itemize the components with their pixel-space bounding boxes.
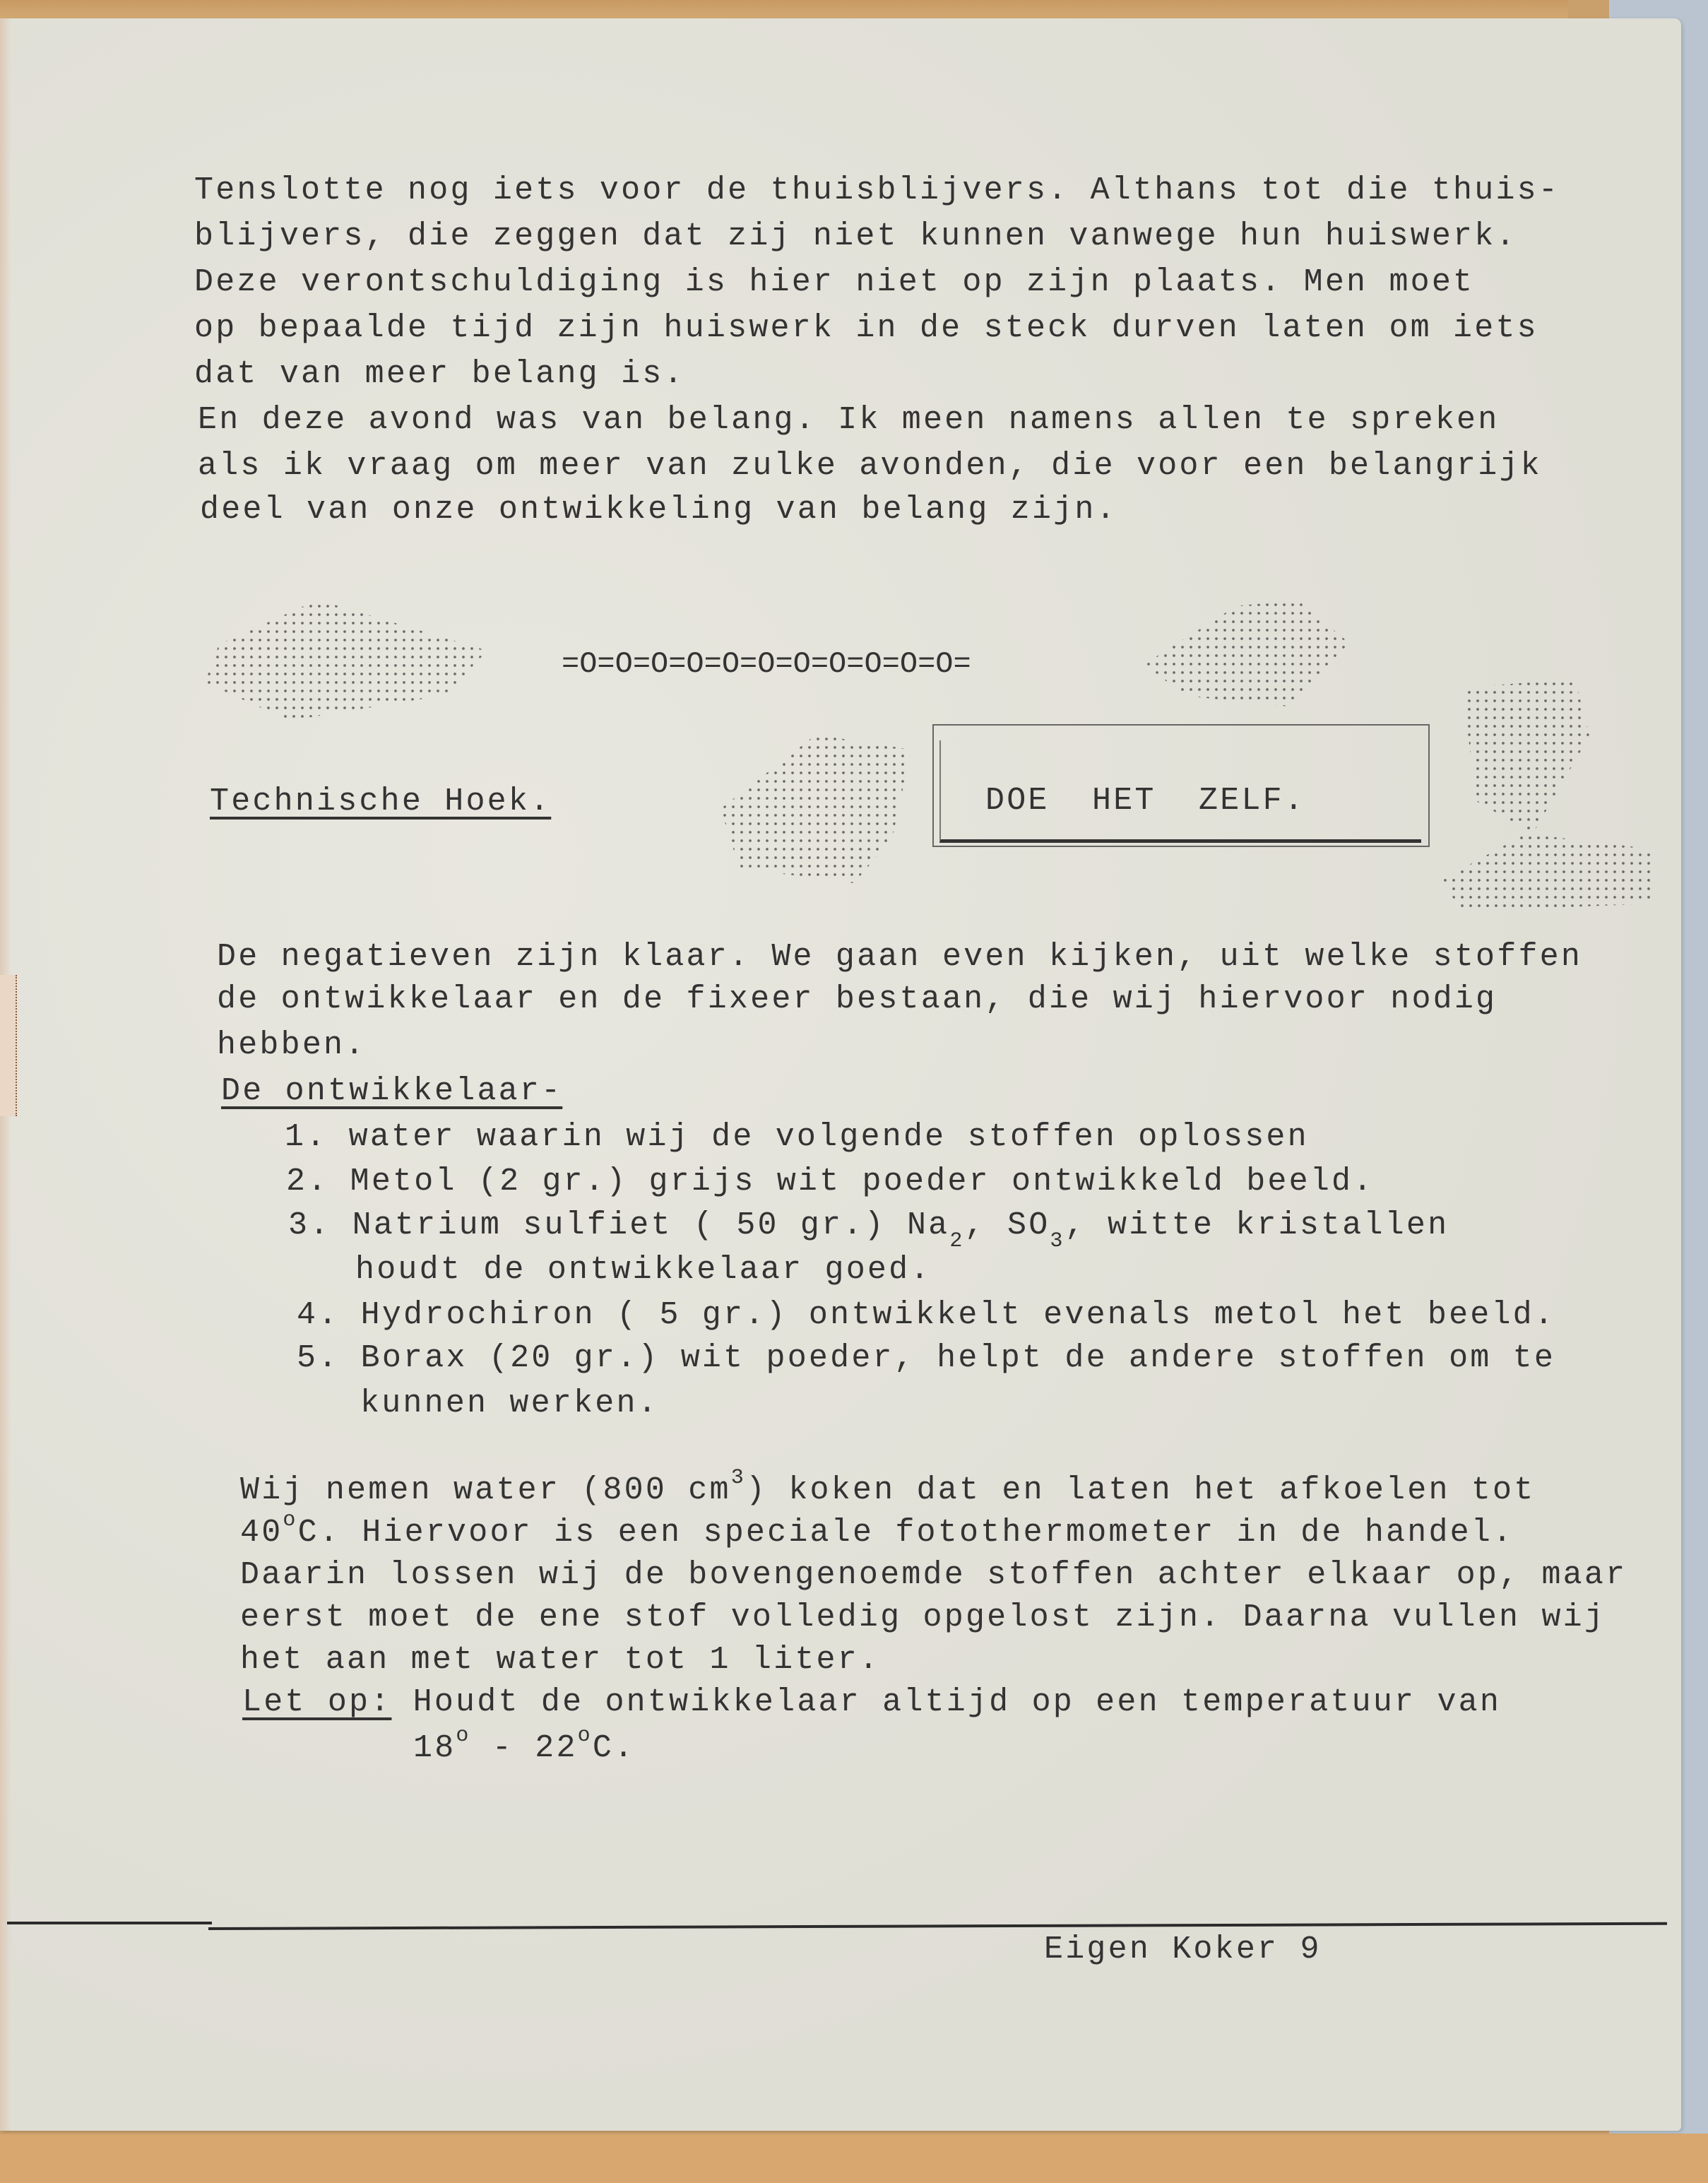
list-text: Metol (2 gr.) grijs wit poeder ontwikkel… (350, 1164, 1375, 1200)
footer-page-label: Eigen Koker 9 (1044, 1929, 1322, 1971)
instruction-line: het aan met water tot 1 liter. (240, 1639, 880, 1681)
intro-line: op bepaalde tijd zijn huiswerk in de ste… (194, 307, 1538, 350)
subscript: 3 (1050, 1229, 1064, 1253)
text-span: C. Hiervoor is een speciale fotothermome… (298, 1515, 1514, 1551)
temperature-range: 18o - 22oC. (413, 1727, 635, 1773)
list-text: Natrium sulfiet ( 50 gr.) Na (352, 1207, 950, 1243)
list-number: 1. (285, 1119, 327, 1155)
instruction-line: eerst moet de ene stof volledig opgelost… (240, 1597, 1606, 1639)
subscript: 2 (949, 1229, 964, 1253)
list-text: , witte kristallen (1065, 1207, 1449, 1243)
text-span: ) koken dat en laten het afkoelen tot (746, 1472, 1536, 1508)
list-item-continuation: kunnen werken. (360, 1383, 659, 1425)
text-span: 18 (413, 1730, 456, 1766)
footer-rule-left (7, 1922, 212, 1924)
list-item: 2. Metol (2 gr.) grijs wit poeder ontwik… (286, 1161, 1374, 1203)
list-text: Borax (20 gr.) wit poeder, helpt de ande… (361, 1340, 1555, 1376)
list-number: 3. (288, 1207, 331, 1243)
intro-line: blijvers, die zeggen dat zij niet kunnen… (194, 215, 1517, 258)
intro-line: als ik vraag om meer van zulke avonden, … (198, 445, 1542, 487)
note-text: Houdt de ontwikkelaar altijd op een temp… (391, 1684, 1501, 1720)
body-line: De negatieven zijn klaar. We gaan even k… (217, 936, 1582, 978)
instruction-line: Wij nemen water (800 cm3) koken dat en l… (240, 1469, 1535, 1515)
superscript: 3 (731, 1466, 746, 1490)
list-item: 3. Natrium sulfiet ( 50 gr.) Na2, SO3, w… (288, 1205, 1449, 1250)
list-number: 5. (297, 1340, 339, 1376)
superscript: o (456, 1724, 470, 1748)
intro-line: En deze avond was van belang. Ik meen na… (198, 399, 1499, 442)
note-line: Let op: Houdt de ontwikkelaar altijd op … (242, 1681, 1501, 1724)
list-item-continuation: houdt de ontwikkelaar goed. (355, 1249, 932, 1291)
list-item: 4. Hydrochiron ( 5 gr.) ontwikkelt evena… (297, 1294, 1555, 1337)
subheading-developer: De ontwikkelaar- (221, 1070, 562, 1113)
list-number: 2. (286, 1164, 328, 1200)
list-number: 4. (297, 1297, 339, 1333)
list-item: 1. water waarin wij de volgende stoffen … (285, 1116, 1309, 1159)
text-span: 40 (240, 1515, 283, 1551)
intro-line: Tenslotte nog iets voor de thuisblijvers… (194, 170, 1560, 212)
note-label: Let op: (242, 1684, 391, 1720)
instruction-line: 40oC. Hiervoor is een speciale fototherm… (240, 1512, 1514, 1557)
list-text: Hydrochiron ( 5 gr.) ontwikkelt evenals … (361, 1297, 1555, 1333)
list-text: water waarin wij de volgende stoffen opl… (349, 1119, 1309, 1155)
body-line: hebben. (217, 1024, 366, 1067)
body-line: de ontwikkelaar en de fixeer bestaan, di… (217, 978, 1497, 1021)
superscript: o (578, 1724, 593, 1748)
text-span: Wij nemen water (800 cm (240, 1472, 731, 1508)
intro-line: deel van onze ontwikkeling van belang zi… (200, 489, 1117, 531)
instruction-line: Daarin lossen wij de bovengenoemde stoff… (240, 1554, 1627, 1597)
boxed-title: DOE HET ZELF. (985, 780, 1305, 822)
section-heading: Technische Hoek. (210, 781, 551, 823)
intro-line: dat van meer belang is. (194, 353, 685, 396)
superscript: o (283, 1508, 297, 1532)
list-item: 5. Borax (20 gr.) wit poeder, helpt de a… (297, 1337, 1555, 1380)
separator-line: =O=O=O=O=O=O=O=O=O=O=O= (562, 643, 971, 685)
torn-staple-edge (0, 975, 17, 1116)
text-span: - 22 (471, 1730, 578, 1766)
list-text: , SO (965, 1207, 1050, 1243)
backdrop-bottom (0, 2134, 1708, 2183)
text-span: C. (593, 1730, 635, 1766)
intro-line: Deze verontschuldiging is hier niet op z… (194, 261, 1474, 304)
